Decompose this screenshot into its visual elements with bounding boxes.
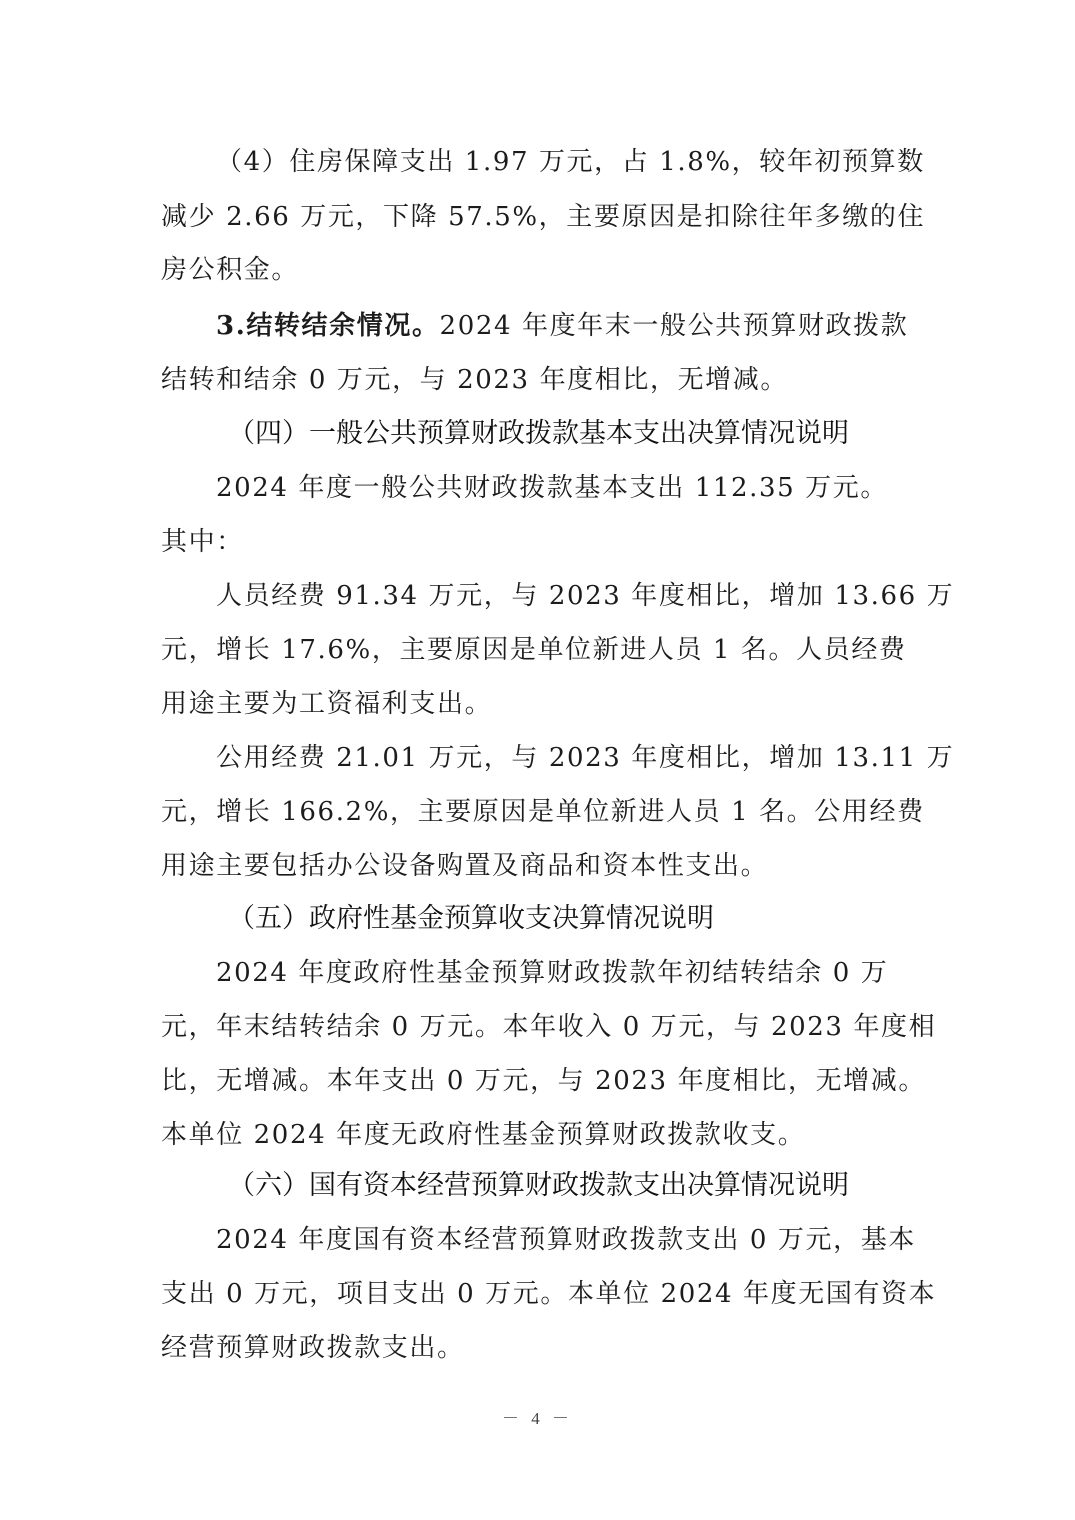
personnel-line-3: 用途主要为工资福利支出。 (161, 687, 921, 721)
section-six-line-3: 经营预算财政拨款支出。 (161, 1331, 921, 1365)
carryover-bold-lead: 3.结转结余情况。 (216, 311, 440, 341)
personnel-line-2: 元，增长 17.6%，主要原因是单位新进人员 1 名。人员经费 (161, 633, 921, 667)
housing-line-2: 减少 2.66 万元，下降 57.5%，主要原因是扣除往年多缴的住 (161, 200, 921, 234)
section-four-intro-line-2: 其中： (161, 525, 921, 559)
carryover-line-1: 3.结转结余情况。2024 年度年末一般公共预算财政拨款 (216, 309, 976, 343)
section-four-heading: （四）一般公共预算财政拨款基本支出决算情况说明 (228, 417, 988, 451)
public-line-2: 元，增长 166.2%，主要原因是单位新进人员 1 名。公用经费 (161, 795, 921, 829)
section-five-line-4: 本单位 2024 年度无政府性基金预算财政拨款收支。 (161, 1118, 921, 1152)
section-four-intro-line-1: 2024 年度一般公共财政拨款基本支出 112.35 万元。 (216, 471, 976, 505)
section-five-line-2: 元，年末结转结余 0 万元。本年收入 0 万元，与 2023 年度相 (161, 1010, 921, 1044)
public-line-1: 公用经费 21.01 万元，与 2023 年度相比，增加 13.11 万 (216, 741, 976, 775)
carryover-line-2: 结转和结余 0 万元，与 2023 年度相比，无增减。 (161, 363, 921, 397)
section-five-line-3: 比，无增减。本年支出 0 万元，与 2023 年度相比，无增减。 (161, 1064, 921, 1098)
public-line-3: 用途主要包括办公设备购置及商品和资本性支出。 (161, 849, 921, 883)
section-six-line-1: 2024 年度国有资本经营预算财政拨款支出 0 万元，基本 (216, 1223, 976, 1257)
personnel-line-1: 人员经费 91.34 万元，与 2023 年度相比，增加 13.66 万 (216, 579, 976, 613)
section-five-line-1: 2024 年度政府性基金预算财政拨款年初结转结余 0 万 (216, 956, 976, 990)
housing-line-3: 房公积金。 (161, 253, 921, 287)
section-six-line-2: 支出 0 万元，项目支出 0 万元。本单位 2024 年度无国有资本 (161, 1277, 921, 1311)
page-number: － 4 － (0, 1404, 1075, 1429)
housing-line-1: （4）住房保障支出 1.97 万元，占 1.8%，较年初预算数 (216, 145, 976, 179)
carryover-line-1-rest: 2024 年度年末一般公共预算财政拨款 (440, 311, 909, 341)
section-six-heading: （六）国有资本经营预算财政拨款支出决算情况说明 (228, 1169, 988, 1203)
section-five-heading: （五）政府性基金预算收支决算情况说明 (228, 902, 988, 936)
document-page: （4）住房保障支出 1.97 万元，占 1.8%，较年初预算数 减少 2.66 … (0, 0, 1075, 1520)
